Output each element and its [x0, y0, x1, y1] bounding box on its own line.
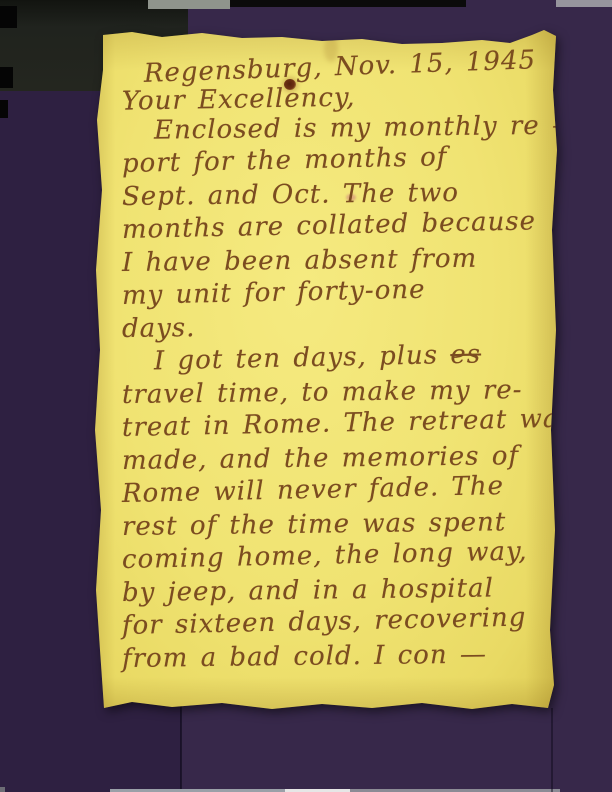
- letter-paper: Regensburg, Nov. 15, 1945 Your Excellenc…: [92, 30, 558, 711]
- struck-out-word: es: [450, 339, 481, 370]
- scan-edge-strip: [0, 787, 5, 792]
- scan-edge-strip: [230, 0, 466, 7]
- scan-edge-strip: [556, 0, 612, 7]
- scan-edge-strip: [148, 0, 230, 9]
- film-tab: [0, 6, 17, 28]
- scan-page: Regensburg, Nov. 15, 1945 Your Excellenc…: [0, 0, 612, 792]
- letter-line-text: I got ten days, plus: [154, 340, 439, 376]
- letter-paper-wrap: Regensburg, Nov. 15, 1945 Your Excellenc…: [92, 30, 558, 711]
- background-fold-line: [551, 708, 553, 792]
- film-tab: [0, 67, 13, 88]
- film-tab: [0, 100, 8, 118]
- letter-line: from a bad cold. I con —: [122, 638, 542, 676]
- letter-body: Regensburg, Nov. 15, 1945 Your Excellenc…: [92, 30, 558, 711]
